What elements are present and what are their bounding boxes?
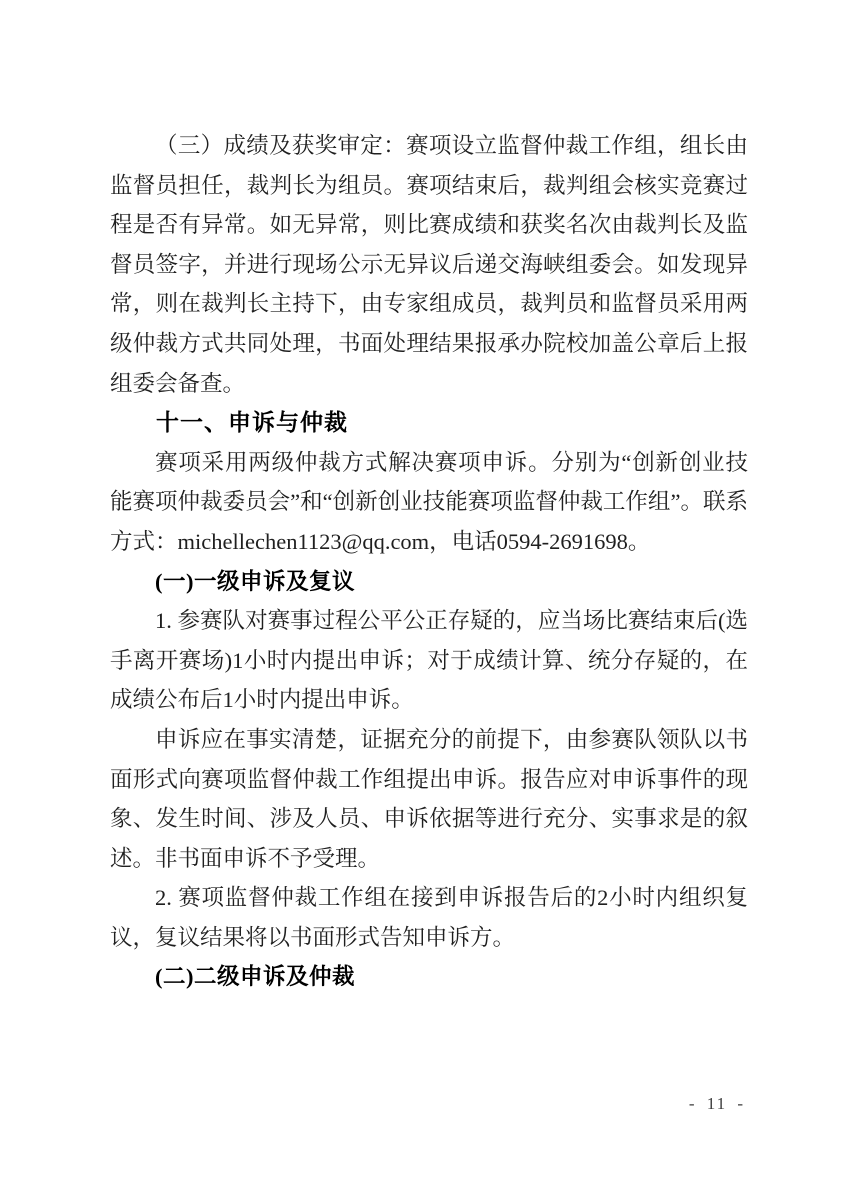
page-number: - 11 - (682, 1093, 752, 1115)
page-body: （三）成绩及获奖审定：赛项设立监督仲裁工作组，组长由监督员担任，裁判长为组员。赛… (110, 126, 748, 997)
para-first-level-appeal-item-2: 2. 赛项监督仲裁工作组在接到申诉报告后的2小时内组织复议，复议结果将以书面形式… (110, 878, 748, 957)
para-first-level-appeal-item-1: 1. 参赛队对赛事过程公平公正存疑的，应当场比赛结束后(选手离开赛场)1小时内提… (110, 601, 748, 720)
para-score-and-award-review: （三）成绩及获奖审定：赛项设立监督仲裁工作组，组长由监督员担任，裁判长为组员。赛… (110, 126, 748, 403)
para-appeal-written-form-requirements: 申诉应在事实清楚，证据充分的前提下，由参赛队领队以书面形式向赛项监督仲裁工作组提… (110, 720, 748, 878)
subheading-second-level-appeal-arbitration: (二)二级申诉及仲裁 (110, 957, 748, 997)
para-two-level-arbitration-contact: 赛项采用两级仲裁方式解决赛项申诉。分别为“创新创业技能赛项仲裁委员会”和“创新创… (110, 443, 748, 562)
subheading-first-level-appeal-review: (一)一级申诉及复议 (110, 562, 748, 602)
document-page: （三）成绩及获奖审定：赛项设立监督仲裁工作组，组长由监督员担任，裁判长为组员。赛… (0, 0, 848, 1200)
section-heading-appeal-and-arbitration: 十一、申诉与仲裁 (110, 403, 748, 443)
